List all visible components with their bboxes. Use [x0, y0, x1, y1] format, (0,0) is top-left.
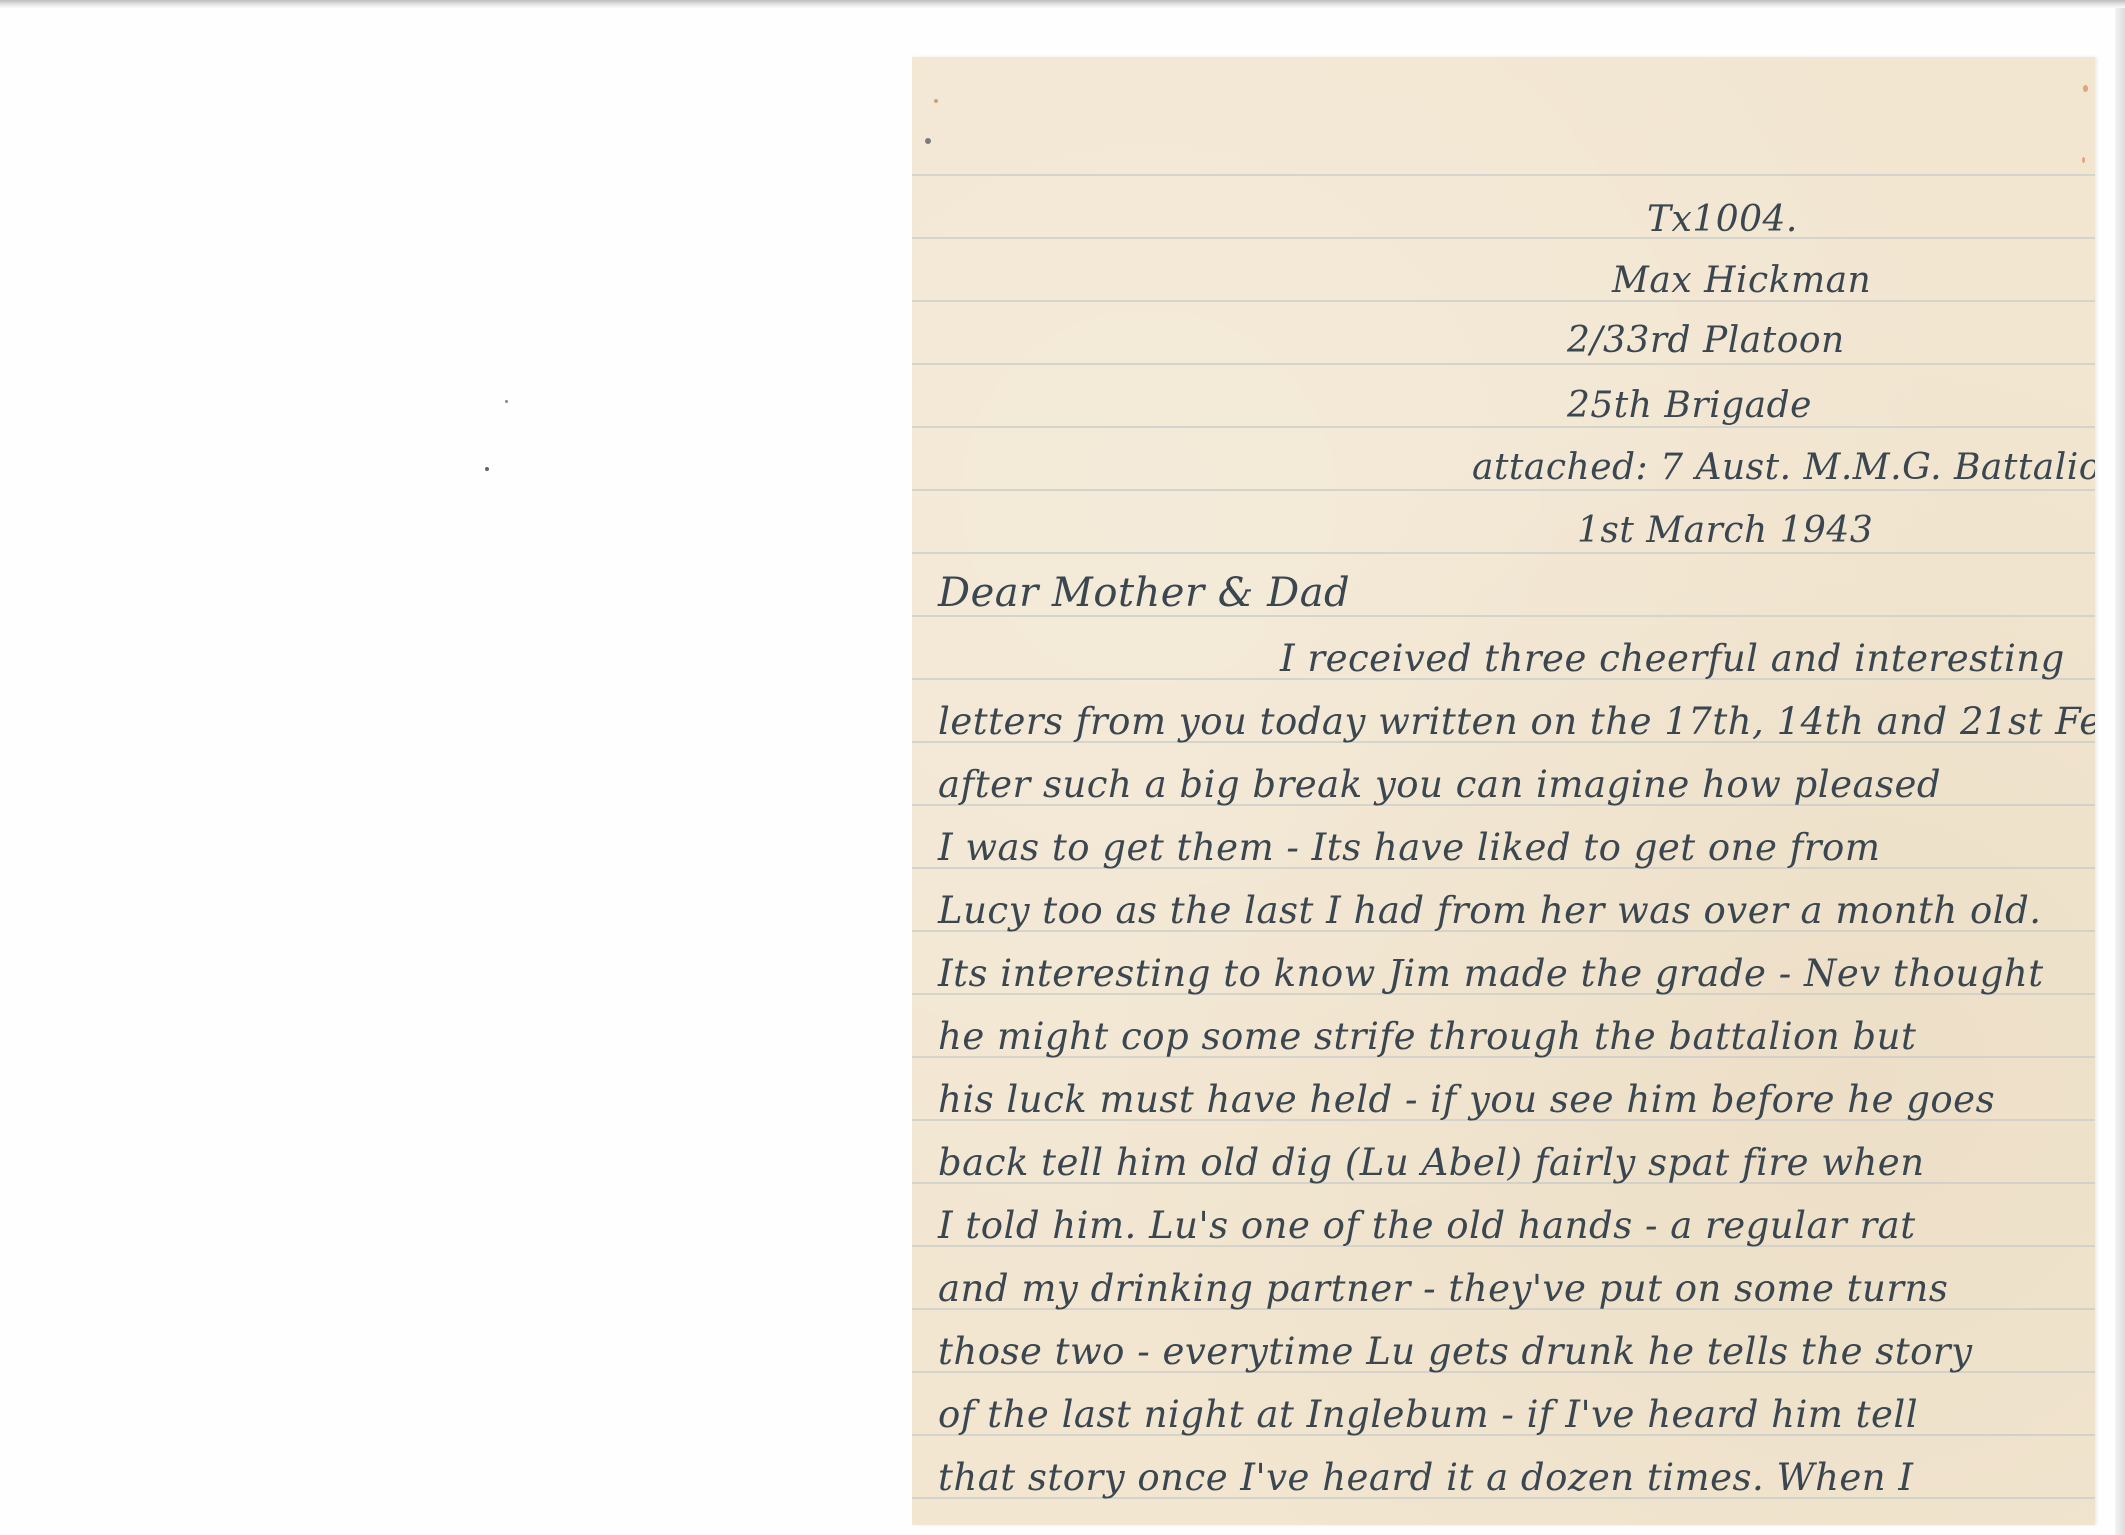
letter-greeting: Dear Mother & Dad	[938, 570, 1350, 616]
ruled-line	[912, 552, 2095, 554]
ruled-line	[912, 426, 2095, 428]
paper-speck	[934, 99, 938, 103]
sender-attachment: attached: 7 Aust. M.M.G. Battalion	[1472, 447, 2095, 488]
body-line: of the last night at Inglebum - if I've …	[938, 1393, 1918, 1436]
paper-speck	[925, 138, 931, 144]
scanner-right-edge	[2115, 8, 2125, 1535]
body-line: Lucy too as the last I had from her was …	[938, 889, 2042, 932]
sender-unit: 2/33rd Platoon	[1567, 320, 1845, 361]
body-line: letters from you today written on the 17…	[938, 700, 2095, 743]
letter-paper: Tx1004. Max Hickman 2/33rd Platoon 25th …	[912, 57, 2095, 1525]
scanner-speck	[505, 400, 508, 403]
scanner-top-edge	[0, 0, 2125, 8]
ruled-line	[912, 363, 2095, 365]
body-line: back tell him old dig (Lu Abel) fairly s…	[938, 1141, 1925, 1184]
body-line: those two - everytime Lu gets drunk he t…	[938, 1330, 1973, 1373]
ruled-line	[912, 489, 2095, 491]
body-line: I received three cheerful and interestin…	[1280, 637, 2065, 680]
ruled-line	[912, 300, 2095, 302]
ruled-line	[912, 237, 2095, 239]
body-line: after such a big break you can imagine h…	[938, 763, 1941, 806]
body-line: I was to get them - Its have liked to ge…	[938, 826, 1880, 869]
sender-name: Max Hickman	[1612, 260, 1871, 301]
body-line: Its interesting to know Jim made the gra…	[938, 952, 2044, 995]
service-number: Tx1004.	[1647, 199, 1798, 240]
scanner-speck	[485, 467, 489, 471]
body-line: his luck must have held - if you see him…	[938, 1078, 1995, 1121]
letter-date: 1st March 1943	[1577, 510, 1873, 551]
paper-speck	[2083, 85, 2088, 92]
body-line: he might cop some strife through the bat…	[938, 1015, 1916, 1058]
body-line: I told him. Lu's one of the old hands - …	[938, 1204, 1916, 1247]
scanned-letter-page: Tx1004. Max Hickman 2/33rd Platoon 25th …	[0, 0, 2125, 1535]
paper-speck	[2082, 157, 2085, 163]
body-line: that story once I've heard it a dozen ti…	[938, 1456, 1914, 1499]
sender-brigade: 25th Brigade	[1567, 385, 1812, 426]
body-line: and my drinking partner - they've put on…	[938, 1267, 1948, 1310]
ruled-line	[912, 174, 2095, 176]
